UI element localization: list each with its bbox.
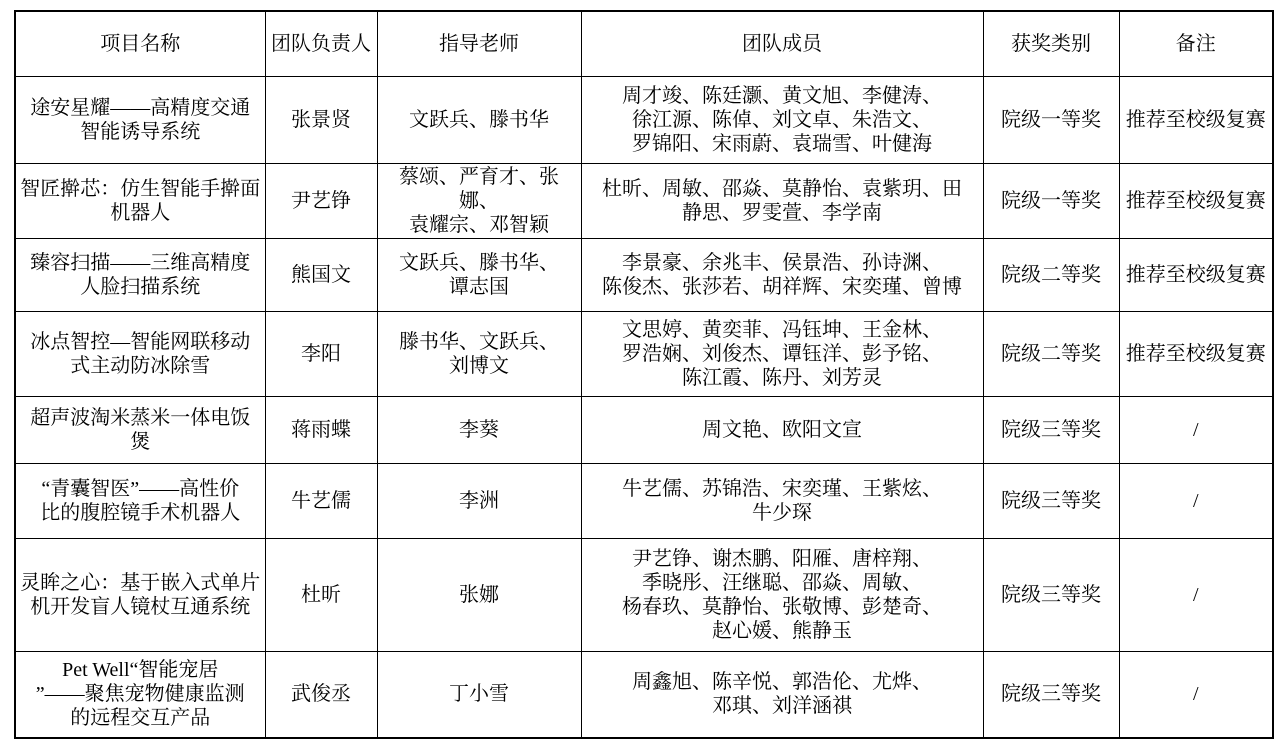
remark-cell: / [1119, 538, 1273, 651]
advisors-cell: 丁小雪 [377, 651, 581, 738]
award-category-cell: 院级二等奖 [983, 238, 1119, 311]
advisors-cell: 文跃兵、滕书华 [377, 76, 581, 163]
project-name-cell: 灵眸之心：基于嵌入式单片 机开发盲人镜杖互通系统 [15, 538, 265, 651]
team-members-cell: 周文艳、欧阳文宣 [581, 396, 983, 463]
remark-cell: / [1119, 651, 1273, 738]
project-name-cell: “青囊智医”——高性价 比的腹腔镜手术机器人 [15, 463, 265, 538]
team-members-cell: 李景豪、余兆丰、侯景浩、孙诗渊、 陈俊杰、张莎若、胡祥辉、宋奕瑾、曾博 [581, 238, 983, 311]
table-row: 途安星耀——高精度交通 智能诱导系统 张景贤 文跃兵、滕书华 周才竣、陈廷灏、黄… [15, 76, 1273, 163]
table-row: Pet Well“智能宠居 ”——聚焦宠物健康监测 的远程交互产品 武俊丞 丁小… [15, 651, 1273, 738]
team-leader-cell: 李阳 [265, 311, 377, 396]
team-members-cell: 牛艺儒、苏锦浩、宋奕瑾、王紫炫、 牛少琛 [581, 463, 983, 538]
award-category-cell: 院级三等奖 [983, 651, 1119, 738]
document-page: 项目名称 团队负责人 指导老师 团队成员 获奖类别 备注 途安星耀——高精度交通… [0, 0, 1286, 745]
project-name-cell: 超声波淘米蒸米一体电饭 煲 [15, 396, 265, 463]
award-category-cell: 院级三等奖 [983, 463, 1119, 538]
advisors-cell: 蔡颂、严育才、张娜、 袁耀宗、邓智颖 [377, 163, 581, 238]
award-category-cell: 院级一等奖 [983, 76, 1119, 163]
team-members-cell: 文思婷、黄奕菲、冯钰坤、王金林、 罗浩娴、刘俊杰、谭钰洋、彭予铭、 陈江霞、陈丹… [581, 311, 983, 396]
award-category-cell: 院级三等奖 [983, 538, 1119, 651]
team-members-cell: 尹艺铮、谢杰鹏、阳雁、唐梓翔、 季晓彤、汪继聪、邵焱、周敏、 杨春玖、莫静怡、张… [581, 538, 983, 651]
header-team-members: 团队成员 [581, 11, 983, 76]
award-category-cell: 院级二等奖 [983, 311, 1119, 396]
header-project-name: 项目名称 [15, 11, 265, 76]
remark-cell: 推荐至校级复赛 [1119, 163, 1273, 238]
team-members-cell: 周鑫旭、陈辛悦、郭浩伦、尤烨、 邓琪、刘洋涵祺 [581, 651, 983, 738]
table-row: “青囊智医”——高性价 比的腹腔镜手术机器人 牛艺儒 李洲 牛艺儒、苏锦浩、宋奕… [15, 463, 1273, 538]
advisors-cell: 张娜 [377, 538, 581, 651]
project-name-cell: 途安星耀——高精度交通 智能诱导系统 [15, 76, 265, 163]
remark-cell: 推荐至校级复赛 [1119, 238, 1273, 311]
team-members-cell: 杜昕、周敏、邵焱、莫静怡、袁紫玥、田 静思、罗雯萱、李学南 [581, 163, 983, 238]
team-members-cell: 周才竣、陈廷灏、黄文旭、李健涛、 徐江源、陈倬、刘文卓、朱浩文、 罗锦阳、宋雨蔚… [581, 76, 983, 163]
award-results-table: 项目名称 团队负责人 指导老师 团队成员 获奖类别 备注 途安星耀——高精度交通… [14, 10, 1274, 739]
header-row: 项目名称 团队负责人 指导老师 团队成员 获奖类别 备注 [15, 11, 1273, 76]
table-row: 灵眸之心：基于嵌入式单片 机开发盲人镜杖互通系统 杜昕 张娜 尹艺铮、谢杰鹏、阳… [15, 538, 1273, 651]
team-leader-cell: 蒋雨蝶 [265, 396, 377, 463]
project-name-cell: Pet Well“智能宠居 ”——聚焦宠物健康监测 的远程交互产品 [15, 651, 265, 738]
header-team-leader: 团队负责人 [265, 11, 377, 76]
team-leader-cell: 尹艺铮 [265, 163, 377, 238]
advisors-cell: 文跃兵、滕书华、 谭志国 [377, 238, 581, 311]
remark-cell: / [1119, 396, 1273, 463]
team-leader-cell: 张景贤 [265, 76, 377, 163]
table-row: 冰点智控—智能网联移动 式主动防冰除雪 李阳 滕书华、文跃兵、 刘博文 文思婷、… [15, 311, 1273, 396]
team-leader-cell: 熊国文 [265, 238, 377, 311]
project-name-cell: 臻容扫描——三维高精度 人脸扫描系统 [15, 238, 265, 311]
table-row: 超声波淘米蒸米一体电饭 煲 蒋雨蝶 李葵 周文艳、欧阳文宣 院级三等奖 / [15, 396, 1273, 463]
team-leader-cell: 牛艺儒 [265, 463, 377, 538]
advisors-cell: 李葵 [377, 396, 581, 463]
header-advisors: 指导老师 [377, 11, 581, 76]
award-category-cell: 院级一等奖 [983, 163, 1119, 238]
advisors-cell: 李洲 [377, 463, 581, 538]
project-name-cell: 智匠擀芯：仿生智能手擀面 机器人 [15, 163, 265, 238]
table-row: 臻容扫描——三维高精度 人脸扫描系统 熊国文 文跃兵、滕书华、 谭志国 李景豪、… [15, 238, 1273, 311]
team-leader-cell: 武俊丞 [265, 651, 377, 738]
team-leader-cell: 杜昕 [265, 538, 377, 651]
project-name-cell: 冰点智控—智能网联移动 式主动防冰除雪 [15, 311, 265, 396]
remark-cell: 推荐至校级复赛 [1119, 311, 1273, 396]
header-award-category: 获奖类别 [983, 11, 1119, 76]
remark-cell: / [1119, 463, 1273, 538]
remark-cell: 推荐至校级复赛 [1119, 76, 1273, 163]
award-category-cell: 院级三等奖 [983, 396, 1119, 463]
table-row: 智匠擀芯：仿生智能手擀面 机器人 尹艺铮 蔡颂、严育才、张娜、 袁耀宗、邓智颖 … [15, 163, 1273, 238]
advisors-cell: 滕书华、文跃兵、 刘博文 [377, 311, 581, 396]
header-remark: 备注 [1119, 11, 1273, 76]
